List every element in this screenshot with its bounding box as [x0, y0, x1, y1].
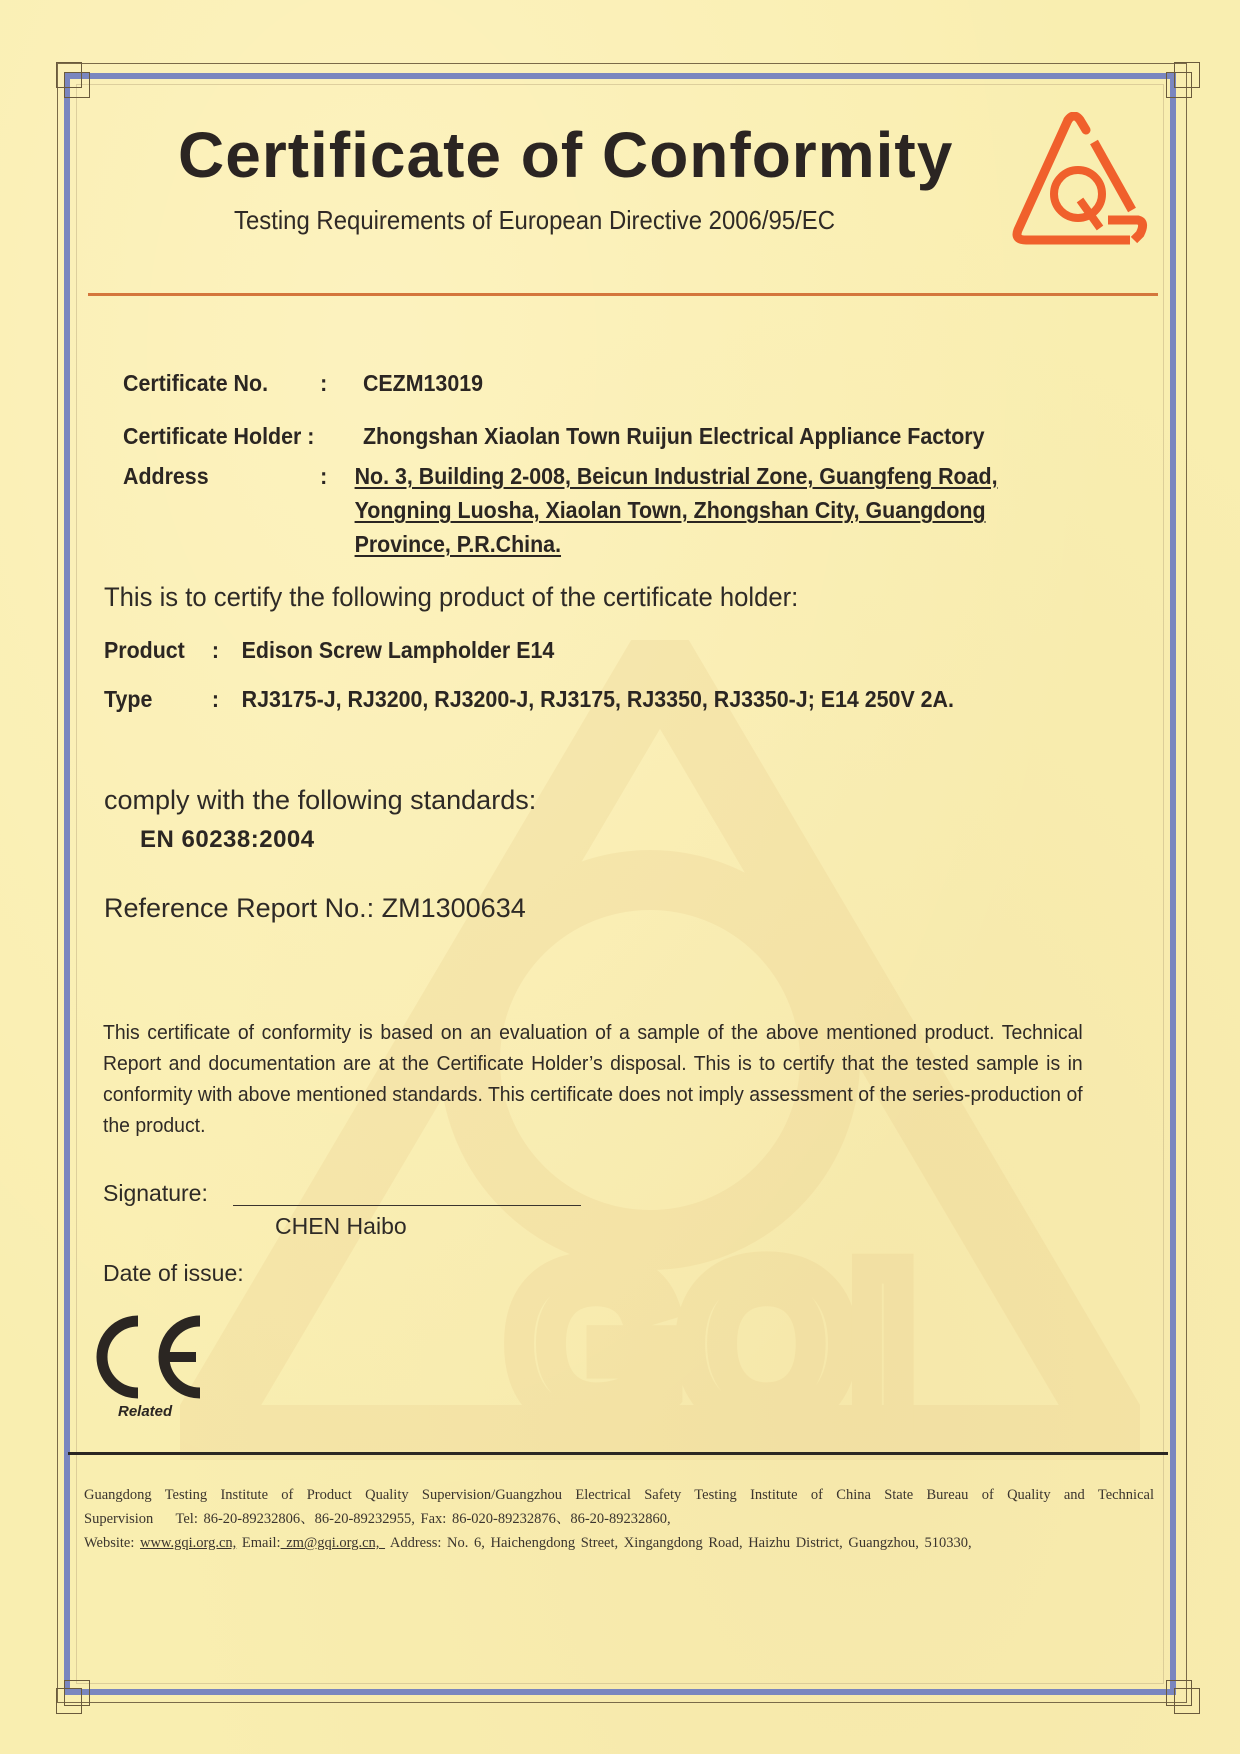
- footer-divider: [68, 1452, 1168, 1455]
- type-label: Type: [104, 686, 152, 713]
- certificate-number-label: Certificate No.: [123, 370, 268, 397]
- gqi-logo-icon: [1010, 112, 1150, 252]
- address-line-1: No. 3, Building 2-008, Beicun Industrial…: [355, 463, 998, 490]
- address-label: Address: [123, 463, 209, 490]
- signature-label: Signature:: [103, 1180, 208, 1207]
- date-of-issue-label: Date of issue:: [103, 1260, 244, 1287]
- product-row: Product : Edison Screw Lampholder E14: [104, 637, 1034, 667]
- ce-mark-icon: [92, 1315, 212, 1399]
- product-value: Edison Screw Lampholder E14: [242, 637, 555, 664]
- product-label: Product: [104, 637, 185, 664]
- separator: :: [320, 463, 327, 490]
- standard-item: EN 60238:2004: [140, 826, 315, 854]
- separator: :: [320, 370, 327, 397]
- standards-intro: comply with the following standards:: [104, 785, 536, 816]
- email-link[interactable]: zm@gqi.org.cn,: [281, 1535, 385, 1551]
- certificate-holder-row: Certificate Holder : Zhongshan Xiaolan T…: [123, 423, 1146, 453]
- address-line-3: Province, P.R.China.: [355, 531, 561, 558]
- issuer-footer: Guangdong Testing Institute of Product Q…: [84, 1483, 1154, 1555]
- issuer-contact: Supervision Tel: 86-20-89232806、86-20-89…: [84, 1507, 1154, 1531]
- issuer-web-line: Website: www.gqi.org.cn, Email: zm@gqi.o…: [84, 1531, 1154, 1555]
- address-row: Address : No. 3, Building 2-008, Beicun …: [123, 463, 1146, 563]
- certificate: Certificate of Conformity Testing Requir…: [0, 0, 1240, 1754]
- certificate-number-value: CEZM13019: [363, 370, 483, 397]
- ce-caption: Related: [118, 1403, 172, 1420]
- header-divider: [88, 293, 1158, 296]
- certificate-holder-label: Certificate Holder :: [123, 423, 314, 450]
- signature-line: [233, 1205, 581, 1206]
- certificate-title: Certificate of Conformity: [178, 118, 953, 192]
- email-label: Email:: [242, 1535, 281, 1551]
- certificate-number-row: Certificate No. : CEZM13019: [123, 370, 1053, 400]
- address-line-2: Yongning Luosha, Xiaolan Town, Zhongshan…: [355, 497, 986, 524]
- reference-report: Reference Report No.: ZM1300634: [104, 893, 526, 924]
- conformity-statement: This certificate of conformity is based …: [103, 1018, 1083, 1142]
- website-label: Website:: [84, 1535, 134, 1551]
- separator: :: [212, 637, 219, 664]
- website-link[interactable]: www.gqi.org.cn,: [140, 1535, 236, 1551]
- type-row: Type : RJ3175-J, RJ3200, RJ3200-J, RJ317…: [104, 686, 1127, 716]
- certify-intro: This is to certify the following product…: [104, 582, 798, 613]
- issuer-name: Guangdong Testing Institute of Product Q…: [84, 1483, 1154, 1507]
- type-value: RJ3175-J, RJ3200, RJ3200-J, RJ3175, RJ33…: [242, 686, 954, 713]
- certificate-holder-value: Zhongshan Xiaolan Town Ruijun Electrical…: [363, 423, 985, 450]
- separator: :: [212, 686, 219, 713]
- issuer-address: Address: No. 6, Haichengdong Street, Xin…: [390, 1535, 972, 1551]
- certificate-subtitle: Testing Requirements of European Directi…: [234, 205, 835, 236]
- signatory-name: CHEN Haibo: [275, 1213, 407, 1240]
